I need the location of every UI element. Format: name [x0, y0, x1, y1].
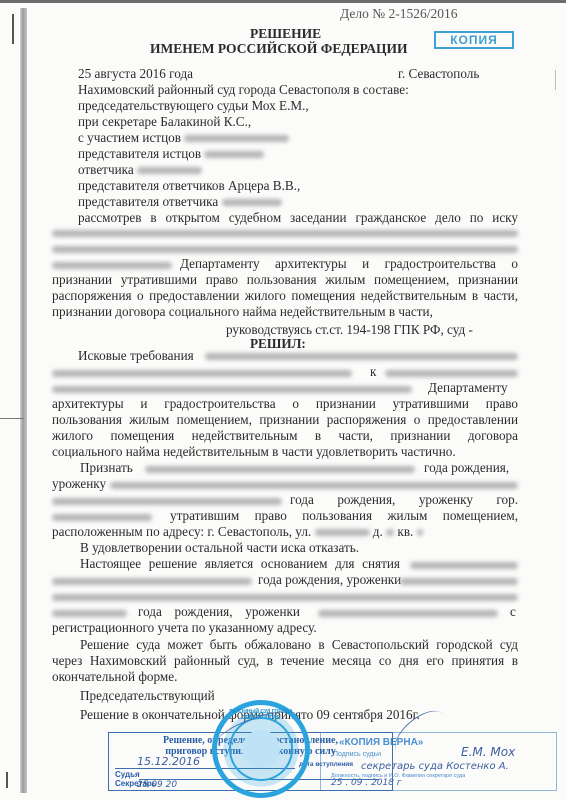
ruling-1-line-6: социального найма недействительным в час…: [52, 444, 456, 460]
ruling-5-line-3: окончательной форме.: [52, 669, 177, 685]
address-label: расположенным по адресу: г. Севастополь,…: [52, 524, 311, 539]
plaintiffs-rep-label: представителя истцов: [78, 146, 201, 161]
binding-mark: [12, 14, 14, 44]
ruling-4-line-4: года рождения, уроженки: [138, 604, 300, 620]
redacted-text: [417, 529, 423, 536]
binding-mark: [6, 772, 8, 788]
judge-line: председательствующего судьи Мох Е.М.,: [78, 98, 309, 114]
apartment-label: кв.: [397, 524, 413, 539]
ruling-3: В удовлетворении остальной части иска от…: [80, 540, 359, 556]
redacted-text: [52, 498, 282, 505]
redacted-text: [315, 529, 370, 536]
document-title: РЕШЕНИЕ: [250, 26, 321, 42]
secretary-line: при секретаре Балакиной К.С.,: [78, 114, 251, 130]
ruling-1-k: к: [370, 364, 376, 380]
ruling-2-birth: года рождения,: [424, 460, 509, 476]
redacted-text: [184, 135, 289, 142]
redacted-text: [318, 610, 498, 617]
considering-line: рассмотрев в открытом судебном заседании…: [78, 210, 518, 226]
redacted-text: [410, 562, 518, 569]
binding-strip: [20, 8, 27, 793]
ruling-4-start: Настоящее решение является основанием дл…: [80, 556, 400, 572]
redacted-text: [205, 353, 518, 360]
ruling-4-line-2: года рождения, уроженки: [258, 572, 401, 588]
entry-date: 15.12.2016: [137, 755, 200, 768]
house-label: д.: [373, 524, 383, 539]
ruling-1-department: Департаменту: [428, 380, 508, 396]
ruling-1-start: Исковые требования: [78, 348, 194, 364]
court-name: Нахимовский районный суд города Севастоп…: [78, 82, 409, 98]
document-subtitle: ИМЕНЕМ РОССИЙСКОЙ ФЕДЕРАЦИИ: [150, 41, 407, 57]
redacted-text: [52, 246, 518, 253]
ruling-2-native: уроженку: [52, 476, 106, 492]
defendant-rep-label: представителя ответчика: [78, 194, 218, 209]
defendant-label: ответчика: [78, 162, 134, 177]
ruling-2-line-4: утратившим право пользования жилым помещ…: [170, 508, 518, 524]
ruling-4-line-5: регистрационного учета по указанному адр…: [52, 620, 317, 636]
defendant-rep-line: представителя ответчика: [78, 194, 282, 210]
claim-line-3: признании договора социального найма нед…: [52, 304, 433, 320]
ruling-1-line-3: архитектуры и градостроительства о призн…: [52, 396, 518, 412]
claim-line-2: распоряжения о предоставлении жилого пом…: [52, 288, 518, 304]
redacted-text: [52, 578, 252, 585]
redacted-text: [52, 370, 352, 377]
ruling-1-line-4: пользования жилым помещением, признании …: [52, 412, 518, 428]
redacted-text: [110, 482, 518, 489]
presiding-label: Председательствующий: [80, 688, 215, 704]
case-number: Дело № 2-1526/2016: [340, 6, 457, 22]
plaintiffs-line: с участием истцов: [78, 130, 289, 146]
plaintiffs-label: с участием истцов: [78, 130, 181, 145]
judge-label: Судья: [115, 770, 140, 779]
decision-city: г. Севастополь: [398, 66, 479, 82]
defendants-rep-line: представителя ответчиков Арцера В.В.,: [78, 178, 300, 194]
claim-department: Департаменту архитектуры и градостроител…: [180, 256, 518, 272]
decision-date: 25 августа 2016 года: [78, 66, 193, 82]
redacted-text: [52, 386, 412, 393]
redacted-text: [222, 199, 282, 206]
redacted-text: [204, 151, 264, 158]
document-page: Дело № 2-1526/2016 РЕШЕНИЕ ИМЕНЕМ РОССИЙ…: [0, 0, 566, 800]
scan-mark: [555, 70, 556, 90]
claim-line-1: признании утратившими право пользования …: [52, 272, 518, 288]
redacted-text: [52, 610, 127, 617]
secretary-date: 25 09 20: [137, 780, 177, 790]
redacted-text: [145, 466, 415, 473]
redacted-text: [400, 578, 518, 585]
ruling-2-line-3: года рождения, уроженку гор.: [290, 492, 518, 508]
redacted-text: [52, 262, 172, 269]
redacted-text: [52, 594, 518, 601]
ruling-5-line-1: Решение суда может быть обжаловано в Сев…: [80, 637, 518, 653]
redacted-text: [386, 529, 394, 536]
fold-mark: [0, 418, 24, 419]
judge-signature: Е.М. Мох: [461, 745, 515, 759]
ruling-4-c: с: [510, 604, 516, 620]
defendant-line: ответчика: [78, 162, 202, 178]
ruling-2-start: Признать: [80, 460, 133, 476]
scan-edge: [0, 0, 566, 3]
ruling-1-line-5: жилого помещения недействительным в част…: [52, 428, 518, 444]
ruling-2-address: расположенным по адресу: г. Севастополь,…: [52, 524, 423, 540]
redacted-text: [52, 514, 152, 521]
redacted-text: [52, 230, 518, 237]
redacted-text: [137, 167, 202, 174]
redacted-text: [385, 370, 518, 377]
ruling-5-line-2: через Нахимовский районный суд, в течени…: [52, 653, 518, 669]
plaintiffs-rep-line: представителя истцов: [78, 146, 264, 162]
copy-stamp: КОПИЯ: [434, 31, 514, 49]
decided-heading: РЕШИЛ:: [250, 336, 306, 352]
